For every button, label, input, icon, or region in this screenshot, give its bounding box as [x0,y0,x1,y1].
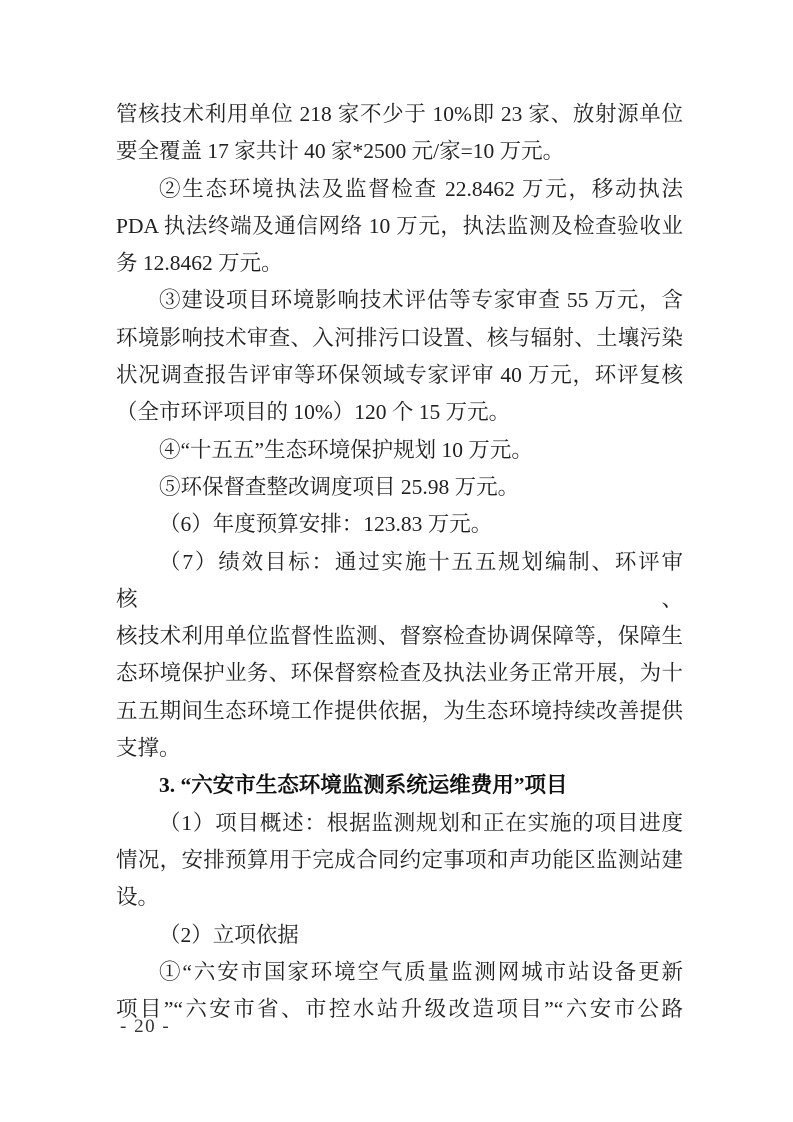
section-heading: 3. “六安市生态环境监测系统运维费用”项目 [116,767,683,804]
text-line: （全市环评项目的 10%）120 个 15 万元。 [116,394,683,431]
text-line: 设。 [116,879,683,916]
page-number: - 20 - [120,1016,170,1038]
text-line: 情况，安排预算用于完成合同约定事项和声功能区监测站建 [116,842,683,879]
text-line: 要全覆盖 17 家共计 40 家*2500 元/家=10 万元。 [116,133,683,170]
text-line: PDA 执法终端及通信网络 10 万元，执法监测及检查验收业 [116,208,683,245]
document-page: 管核技术利用单位 218 家不少于 10%即 23 家、放射源单位要全覆盖 17… [0,0,793,1122]
text-line: 态环境保护业务、环保督察检查及执法业务正常开展，为十 [116,655,683,692]
text-line: 五五期间生态环境工作提供依据，为生态环境持续改善提供 [116,693,683,730]
text-line: ①“六安市国家环境空气质量监测网城市站设备更新 [116,954,683,991]
document-body: 管核技术利用单位 218 家不少于 10%即 23 家、放射源单位要全覆盖 17… [116,96,683,1028]
text-line: （6）年度预算安排：123.83 万元。 [116,506,683,543]
text-line: ⑤环保督查整改调度项目 25.98 万元。 [116,469,683,506]
text-line: （2）立项依据 [116,917,683,954]
text-line: ③建设项目环境影响技术评估等专家审查 55 万元，含 [116,282,683,319]
text-line: ②生态环境执法及监督检查 22.8462 万元，移动执法 [116,171,683,208]
text-line: 管核技术利用单位 218 家不少于 10%即 23 家、放射源单位 [116,96,683,133]
text-line: （1）项目概述：根据监测规划和正在实施的项目进度 [116,805,683,842]
text-line: ④“十五五”生态环境保护规划 10 万元。 [116,432,683,469]
text-line: 环境影响技术审查、入河排污口设置、核与辐射、土壤污染 [116,320,683,357]
text-line: 项目”“六安市省、市控水站升级改造项目”“六安市公路 [116,991,683,1028]
text-line: 核技术利用单位监督性监测、督察检查协调保障等，保障生 [116,618,683,655]
text-line: （7）绩效目标：通过实施十五五规划编制、环评审核、 [116,544,683,619]
text-line: 状况调查报告评审等环保领域专家评审 40 万元，环评复核 [116,357,683,394]
text-line: 务 12.8462 万元。 [116,245,683,282]
text-line: 支撑。 [116,730,683,767]
